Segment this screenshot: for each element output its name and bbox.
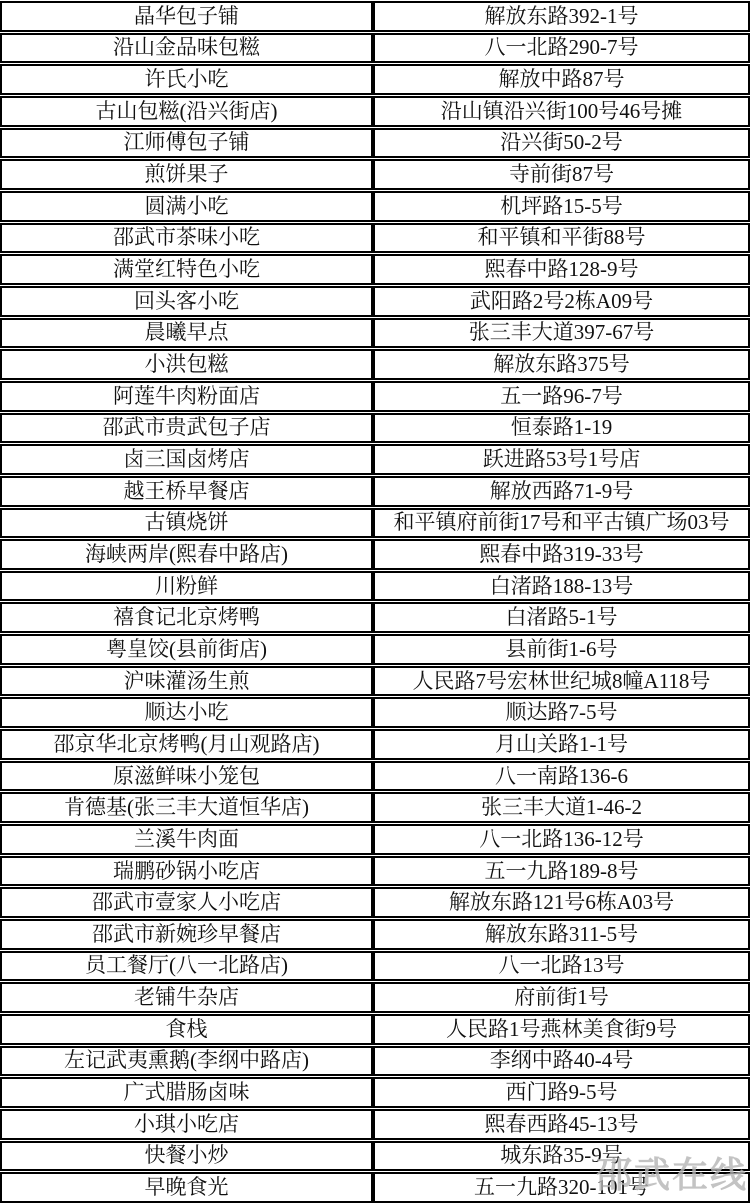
address-cell: 县前街1-6号 — [373, 634, 750, 665]
address-cell: 西门路9-5号 — [373, 1077, 750, 1108]
address-cell: 跃进路53号1号店 — [373, 444, 750, 475]
address-cell: 熙春西路45-13号 — [373, 1109, 750, 1140]
shop-name-cell: 海峡两岸(熙春中路店) — [0, 539, 373, 570]
shop-name-cell: 原滋鲜味小笼包 — [0, 761, 373, 792]
table-row: 邵武市新婉珍早餐店解放东路311-5号 — [0, 919, 750, 950]
restaurant-table: 晶华包子铺解放东路392-1号沿山金品味包糍八一北路290-7号许氏小吃解放中路… — [0, 0, 750, 1204]
address-cell: 解放中路87号 — [373, 64, 750, 95]
shop-name-cell: 邵武市贵武包子店 — [0, 413, 373, 444]
table-row: 江师傅包子铺沿兴街50-2号 — [0, 128, 750, 159]
shop-name-cell: 古山包糍(沿兴街店) — [0, 96, 373, 127]
document-page: 晶华包子铺解放东路392-1号沿山金品味包糍八一北路290-7号许氏小吃解放中路… — [0, 0, 750, 1204]
table-row: 阿莲牛肉粉面店五一路96-7号 — [0, 381, 750, 412]
table-row: 卤三国卤烤店跃进路53号1号店 — [0, 444, 750, 475]
shop-name-cell: 禧食记北京烤鸭 — [0, 602, 373, 633]
shop-name-cell: 肯德基(张三丰大道恒华店) — [0, 792, 373, 823]
shop-name-cell: 沪味灌汤生煎 — [0, 666, 373, 697]
table-row: 古山包糍(沿兴街店)沿山镇沿兴街100号46号摊 — [0, 96, 750, 127]
address-cell: 沿山镇沿兴街100号46号摊 — [373, 96, 750, 127]
shop-name-cell: 广式腊肠卤味 — [0, 1077, 373, 1108]
address-cell: 八一南路136-6 — [373, 761, 750, 792]
address-cell: 白渚路188-13号 — [373, 571, 750, 602]
shop-name-cell: 邵京华北京烤鸭(月山观路店) — [0, 729, 373, 760]
shop-name-cell: 小琪小吃店 — [0, 1109, 373, 1140]
address-cell: 月山关路1-1号 — [373, 729, 750, 760]
table-row: 许氏小吃解放中路87号 — [0, 64, 750, 95]
address-cell: 城东路35-9号 — [373, 1141, 750, 1172]
table-row: 员工餐厅(八一北路店)八一北路13号 — [0, 951, 750, 982]
address-cell: 顺达路7-5号 — [373, 697, 750, 728]
shop-name-cell: 瑞鹏砂锅小吃店 — [0, 856, 373, 887]
shop-name-cell: 沿山金品味包糍 — [0, 33, 373, 64]
address-cell: 寺前街87号 — [373, 159, 750, 190]
table-row: 肯德基(张三丰大道恒华店)张三丰大道1-46-2 — [0, 792, 750, 823]
shop-name-cell: 阿莲牛肉粉面店 — [0, 381, 373, 412]
address-cell: 和平镇和平街88号 — [373, 223, 750, 254]
table-row: 川粉鲜白渚路188-13号 — [0, 571, 750, 602]
table-row: 邵武市壹家人小吃店解放东路121号6栋A03号 — [0, 887, 750, 918]
shop-name-cell: 快餐小炒 — [0, 1141, 373, 1172]
table-row: 顺达小吃顺达路7-5号 — [0, 697, 750, 728]
address-cell: 解放东路121号6栋A03号 — [373, 887, 750, 918]
shop-name-cell: 顺达小吃 — [0, 697, 373, 728]
shop-name-cell: 粤皇饺(县前街店) — [0, 634, 373, 665]
table-row: 沪味灌汤生煎人民路7号宏林世纪城8幢A118号 — [0, 666, 750, 697]
table-row: 食栈人民路1号燕林美食街9号 — [0, 1014, 750, 1045]
shop-name-cell: 晶华包子铺 — [0, 1, 373, 32]
shop-name-cell: 晨曦早点 — [0, 318, 373, 349]
table-row: 左记武夷熏鹅(李纲中路店)李纲中路40-4号 — [0, 1046, 750, 1077]
shop-name-cell: 早晚食光 — [0, 1172, 373, 1203]
shop-name-cell: 食栈 — [0, 1014, 373, 1045]
address-cell: 熙春中路319-33号 — [373, 539, 750, 570]
shop-name-cell: 川粉鲜 — [0, 571, 373, 602]
table-row: 快餐小炒城东路35-9号 — [0, 1141, 750, 1172]
table-row: 回头客小吃武阳路2号2栋A09号 — [0, 286, 750, 317]
shop-name-cell: 煎饼果子 — [0, 159, 373, 190]
shop-name-cell: 老铺牛杂店 — [0, 982, 373, 1013]
shop-name-cell: 左记武夷熏鹅(李纲中路店) — [0, 1046, 373, 1077]
address-cell: 五一路96-7号 — [373, 381, 750, 412]
address-cell: 白渚路5-1号 — [373, 602, 750, 633]
address-cell: 熙春中路128-9号 — [373, 254, 750, 285]
table-row: 小洪包糍解放东路375号 — [0, 349, 750, 380]
table-row: 圆满小吃机坪路15-5号 — [0, 191, 750, 222]
table-row: 邵京华北京烤鸭(月山观路店)月山关路1-1号 — [0, 729, 750, 760]
shop-name-cell: 圆满小吃 — [0, 191, 373, 222]
address-cell: 和平镇府前街17号和平古镇广场03号 — [373, 508, 750, 539]
shop-name-cell: 江师傅包子铺 — [0, 128, 373, 159]
table-row: 煎饼果子寺前街87号 — [0, 159, 750, 190]
table-row: 禧食记北京烤鸭白渚路5-1号 — [0, 602, 750, 633]
address-cell: 解放东路375号 — [373, 349, 750, 380]
table-row: 沿山金品味包糍八一北路290-7号 — [0, 33, 750, 64]
address-cell: 府前街1号 — [373, 982, 750, 1013]
table-row: 瑞鹏砂锅小吃店五一九路189-8号 — [0, 856, 750, 887]
table-row: 粤皇饺(县前街店)县前街1-6号 — [0, 634, 750, 665]
address-cell: 解放西路71-9号 — [373, 476, 750, 507]
shop-name-cell: 兰溪牛肉面 — [0, 824, 373, 855]
shop-name-cell: 小洪包糍 — [0, 349, 373, 380]
address-cell: 五一九路320-101号 — [373, 1172, 750, 1203]
table-row: 兰溪牛肉面八一北路136-12号 — [0, 824, 750, 855]
address-cell: 武阳路2号2栋A09号 — [373, 286, 750, 317]
table-row: 海峡两岸(熙春中路店)熙春中路319-33号 — [0, 539, 750, 570]
shop-name-cell: 员工餐厅(八一北路店) — [0, 951, 373, 982]
address-cell: 张三丰大道1-46-2 — [373, 792, 750, 823]
address-cell: 解放东路392-1号 — [373, 1, 750, 32]
address-cell: 解放东路311-5号 — [373, 919, 750, 950]
address-cell: 张三丰大道397-67号 — [373, 318, 750, 349]
table-row: 广式腊肠卤味西门路9-5号 — [0, 1077, 750, 1108]
shop-name-cell: 许氏小吃 — [0, 64, 373, 95]
address-cell: 沿兴街50-2号 — [373, 128, 750, 159]
shop-name-cell: 古镇烧饼 — [0, 508, 373, 539]
table-row: 邵武市贵武包子店恒泰路1-19 — [0, 413, 750, 444]
shop-name-cell: 邵武市茶味小吃 — [0, 223, 373, 254]
address-cell: 人民路7号宏林世纪城8幢A118号 — [373, 666, 750, 697]
table-row: 古镇烧饼和平镇府前街17号和平古镇广场03号 — [0, 508, 750, 539]
address-cell: 人民路1号燕林美食街9号 — [373, 1014, 750, 1045]
address-cell: 八一北路136-12号 — [373, 824, 750, 855]
address-cell: 五一九路189-8号 — [373, 856, 750, 887]
address-cell: 八一北路13号 — [373, 951, 750, 982]
table-row: 早晚食光五一九路320-101号 — [0, 1172, 750, 1203]
shop-name-cell: 邵武市新婉珍早餐店 — [0, 919, 373, 950]
shop-name-cell: 邵武市壹家人小吃店 — [0, 887, 373, 918]
address-cell: 机坪路15-5号 — [373, 191, 750, 222]
address-cell: 八一北路290-7号 — [373, 33, 750, 64]
table-row: 晶华包子铺解放东路392-1号 — [0, 1, 750, 32]
shop-name-cell: 越王桥早餐店 — [0, 476, 373, 507]
table-row: 晨曦早点张三丰大道397-67号 — [0, 318, 750, 349]
table-row: 原滋鲜味小笼包八一南路136-6 — [0, 761, 750, 792]
table-row: 小琪小吃店熙春西路45-13号 — [0, 1109, 750, 1140]
shop-name-cell: 卤三国卤烤店 — [0, 444, 373, 475]
table-body: 晶华包子铺解放东路392-1号沿山金品味包糍八一北路290-7号许氏小吃解放中路… — [0, 1, 750, 1203]
table-row: 满堂红特色小吃熙春中路128-9号 — [0, 254, 750, 285]
shop-name-cell: 满堂红特色小吃 — [0, 254, 373, 285]
table-row: 越王桥早餐店解放西路71-9号 — [0, 476, 750, 507]
address-cell: 恒泰路1-19 — [373, 413, 750, 444]
table-row: 老铺牛杂店府前街1号 — [0, 982, 750, 1013]
table-row: 邵武市茶味小吃和平镇和平街88号 — [0, 223, 750, 254]
shop-name-cell: 回头客小吃 — [0, 286, 373, 317]
address-cell: 李纲中路40-4号 — [373, 1046, 750, 1077]
